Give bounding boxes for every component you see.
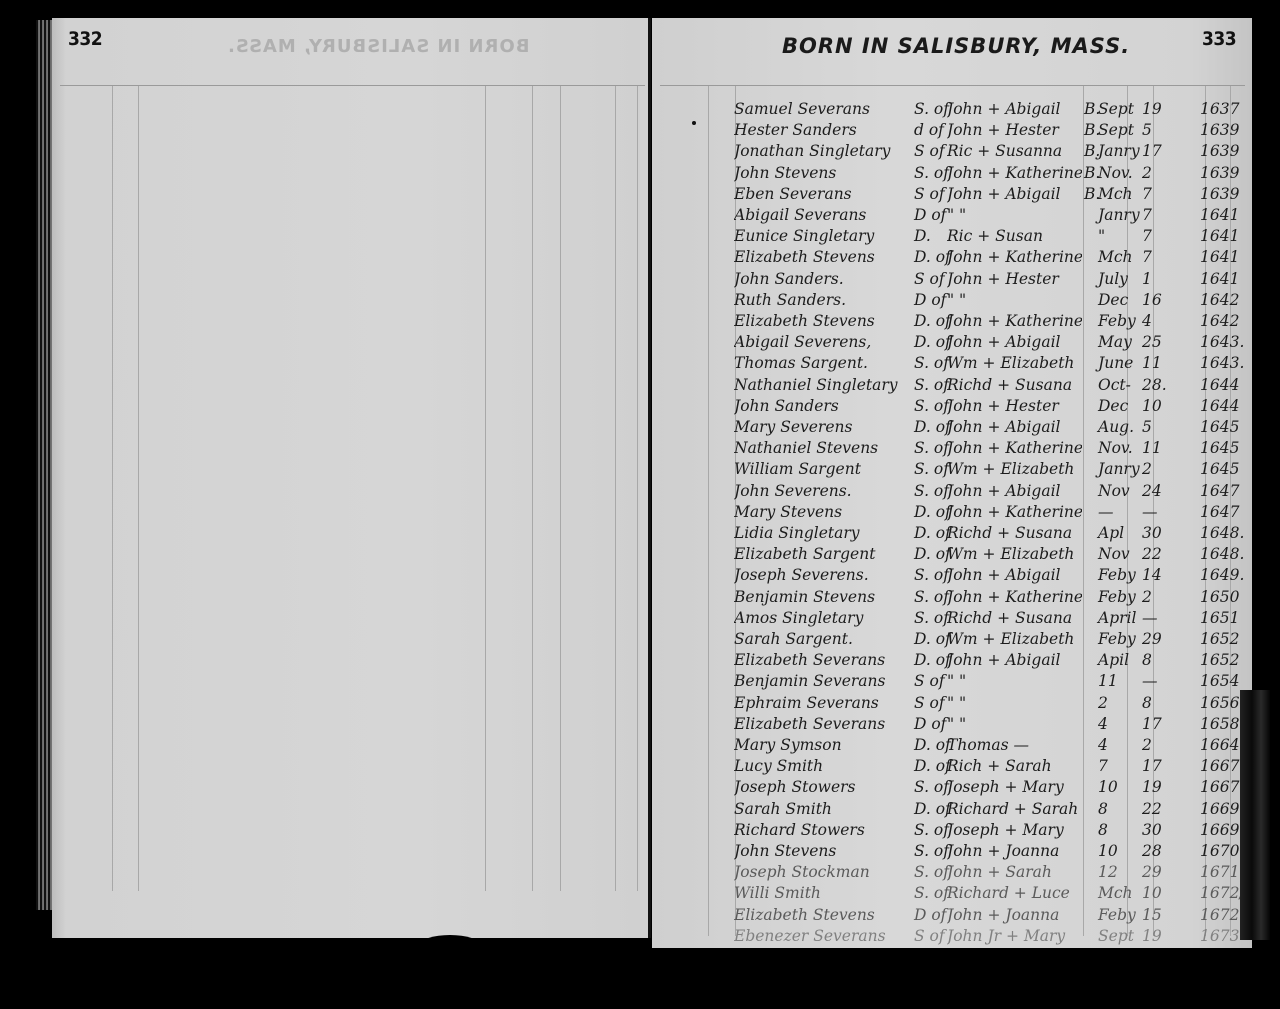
entry-year: 1644 (1200, 397, 1248, 415)
table-row: Lidia SingletaryD. ofRichd + SusanaApl30… (652, 524, 1252, 545)
entry-day: 11 (1142, 354, 1172, 372)
entry-relation: S. of (914, 588, 944, 606)
entry-name: Mary Severens (734, 418, 914, 436)
table-row: John StevensS. ofJohn + KatherineB.Nov.2… (652, 164, 1252, 185)
entry-year: 1637 (1200, 100, 1248, 118)
header-rule (660, 85, 1245, 86)
left-page: 332 BORN IN SALISBURY, MASS. (52, 18, 649, 938)
entry-month: Dec (1098, 397, 1142, 415)
column-rule (485, 86, 486, 891)
entry-name: John Sanders. (734, 270, 914, 288)
table-row: John Sanders.S ofJohn + HesterJuly11641 (652, 270, 1252, 291)
table-row: Sarah Sargent.D. ofWm + ElizabethFeby291… (652, 630, 1252, 651)
entry-day: — (1142, 672, 1172, 690)
entry-name: John Stevens (734, 164, 914, 182)
entry-day: 17 (1142, 715, 1172, 733)
table-row: Ephraim SeveransS of" "281656 (652, 694, 1252, 715)
entry-year: 1645 (1200, 418, 1248, 436)
entry-day: 8 (1142, 694, 1172, 712)
entry-year: 1641 (1200, 206, 1248, 224)
entry-name: Richard Stowers (734, 821, 914, 839)
entry-relation: S of (914, 927, 944, 945)
entry-parents: John + Hester (947, 397, 1082, 415)
entry-relation: S. of (914, 884, 944, 902)
entry-year: 1643. (1200, 354, 1248, 372)
table-row: Amos SingletaryS. ofRichd + SusanaApril—… (652, 609, 1252, 630)
entry-parents: " " (947, 291, 1082, 309)
entry-parents: Ric + Susanna (947, 142, 1082, 160)
entry-relation: S. of (914, 863, 944, 881)
table-row: Ruth Sanders.D of" "Dec161642 (652, 291, 1252, 312)
table-row: John Severens.S. ofJohn + AbigailNov2416… (652, 482, 1252, 503)
entry-year: 1647 (1200, 482, 1248, 500)
entry-parents: Wm + Elizabeth (947, 630, 1082, 648)
table-row: Ebenezer SeveransS ofJohn Jr + MarySept1… (652, 927, 1252, 948)
entry-day: 5 (1142, 418, 1172, 436)
entry-year: 1652 (1200, 651, 1248, 669)
entry-day: 7 (1142, 185, 1172, 203)
entry-relation: S. of (914, 821, 944, 839)
entry-name: Eben Severans (734, 185, 914, 203)
entry-month: Feby (1098, 906, 1142, 924)
entry-relation: S. of (914, 460, 944, 478)
entry-name: Joseph Stockman (734, 863, 914, 881)
entry-born-marker: B. (1084, 185, 1098, 203)
entry-name: Lidia Singletary (734, 524, 914, 542)
entry-relation: S. of (914, 566, 944, 584)
column-rule (532, 86, 533, 891)
entry-year: 1649. (1200, 566, 1248, 584)
entry-name: William Sargent (734, 460, 914, 478)
entry-day: 2 (1142, 736, 1172, 754)
entry-year: 1651 (1200, 609, 1248, 627)
entry-month: Feby (1098, 566, 1142, 584)
table-row: Nathaniel SingletaryS. ofRichd + SusanaO… (652, 376, 1252, 397)
entry-relation: D. of (914, 630, 944, 648)
entry-day: 10 (1142, 884, 1172, 902)
table-row: Joseph StockmanS. ofJohn + Sarah12291671 (652, 863, 1252, 884)
entry-month: Sept (1098, 927, 1142, 945)
entry-day: 22 (1142, 800, 1172, 818)
entry-month: Janry (1098, 142, 1142, 160)
table-row: Samuel SeveransS. ofJohn + AbigailB.Sept… (652, 100, 1252, 121)
entry-month: Nov (1098, 482, 1142, 500)
table-row: Eben SeveransS ofJohn + AbigailB.Mch7163… (652, 185, 1252, 206)
entry-relation: D. of (914, 651, 944, 669)
entry-parents: Rich + Sarah (947, 757, 1082, 775)
entry-parents: John + Katherine (947, 588, 1082, 606)
entry-relation: D. of (914, 736, 944, 754)
entry-month: — (1098, 503, 1142, 521)
entry-parents: John + Katherine (947, 503, 1082, 521)
table-row: Benjamin StevensS. ofJohn + KatherineFeb… (652, 588, 1252, 609)
table-row: Hester Sandersd ofJohn + HesterB.Sept516… (652, 121, 1252, 142)
entry-parents: Richd + Susana (947, 376, 1082, 394)
entry-name: Elizabeth Severans (734, 651, 914, 669)
entry-name: Benjamin Severans (734, 672, 914, 690)
entry-day: 22 (1142, 545, 1172, 563)
column-rule (637, 86, 638, 891)
entry-relation: S of (914, 185, 944, 203)
entry-name: Sarah Sargent. (734, 630, 914, 648)
entry-parents: John + Abigail (947, 333, 1082, 351)
table-row: Eunice SingletaryD.Ric + Susan"71641 (652, 227, 1252, 248)
entry-name: Nathaniel Stevens (734, 439, 914, 457)
table-row: Abigail SeveransD of" "Janry71641 (652, 206, 1252, 227)
table-row: John StevensS. ofJohn + Joanna10281670 (652, 842, 1252, 863)
entry-month: Nov. (1098, 164, 1142, 182)
table-row: Elizabeth SargentD. ofWm + ElizabethNov2… (652, 545, 1252, 566)
entry-relation: S of (914, 142, 944, 160)
entry-relation: D. of (914, 418, 944, 436)
entry-name: Elizabeth Stevens (734, 248, 914, 266)
entry-name: Mary Symson (734, 736, 914, 754)
entry-relation: S. of (914, 164, 944, 182)
entry-year: 1652 (1200, 630, 1248, 648)
entry-year: 1641 (1200, 248, 1248, 266)
entry-relation: S. of (914, 842, 944, 860)
entry-relation: S. of (914, 778, 944, 796)
entry-month: Sept (1098, 121, 1142, 139)
entry-year: 1641 (1200, 227, 1248, 245)
right-page: BORN IN SALISBURY, MASS. 333 Samuel Seve… (652, 18, 1252, 948)
entry-name: Elizabeth Stevens (734, 312, 914, 330)
entry-year: 1642 (1200, 312, 1248, 330)
entry-name: Nathaniel Singletary (734, 376, 914, 394)
entry-parents: John + Abigail (947, 651, 1082, 669)
entry-relation: S. of (914, 354, 944, 372)
entry-month: Oct- (1098, 376, 1142, 394)
entry-day: 28 (1142, 842, 1172, 860)
entry-year: 1642 (1200, 291, 1248, 309)
entry-day: 7 (1142, 227, 1172, 245)
entry-month: 8 (1098, 800, 1142, 818)
entry-name: Samuel Severans (734, 100, 914, 118)
column-rule (112, 86, 113, 891)
table-row: Richard StowersS. ofJoseph + Mary8301669 (652, 821, 1252, 842)
entry-month: 10 (1098, 778, 1142, 796)
entry-year: 1639 (1200, 121, 1248, 139)
entry-parents: Richd + Susana (947, 609, 1082, 627)
table-row: John SandersS. ofJohn + HesterDec101644 (652, 397, 1252, 418)
entry-relation: S. of (914, 482, 944, 500)
entry-name: Jonathan Singletary (734, 142, 914, 160)
entry-relation: S of (914, 694, 944, 712)
entry-year: 1647 (1200, 503, 1248, 521)
entry-day: 16 (1142, 291, 1172, 309)
table-row: Elizabeth SeveransD of" "4171658 (652, 715, 1252, 736)
table-row: Thomas Sargent.S. ofWm + ElizabethJune11… (652, 354, 1252, 375)
entry-parents: John Jr + Mary (947, 927, 1082, 945)
entry-relation: D. of (914, 248, 944, 266)
entry-month: 8 (1098, 821, 1142, 839)
entry-parents: John + Abigail (947, 418, 1082, 436)
entry-relation: D. of (914, 545, 944, 563)
entry-year: 1654 (1200, 672, 1248, 690)
entry-month: 10 (1098, 842, 1142, 860)
entry-day: 2 (1142, 588, 1172, 606)
entry-day: 4 (1142, 312, 1172, 330)
binding-shadow (420, 935, 480, 955)
entry-day: 1 (1142, 270, 1172, 288)
entry-name: Eunice Singletary (734, 227, 914, 245)
entry-month: Nov (1098, 545, 1142, 563)
entry-relation: S. of (914, 100, 944, 118)
entry-relation: D. of (914, 757, 944, 775)
entry-relation: D. of (914, 503, 944, 521)
entry-parents: Richard + Luce (947, 884, 1082, 902)
entry-parents: Ric + Susan (947, 227, 1082, 245)
entry-relation: D. of (914, 312, 944, 330)
entry-name: John Stevens (734, 842, 914, 860)
entry-parents: John + Abigail (947, 482, 1082, 500)
entry-day: 7 (1142, 248, 1172, 266)
entry-month: Mch (1098, 884, 1142, 902)
entry-name: Benjamin Stevens (734, 588, 914, 606)
entry-month: " (1098, 227, 1142, 245)
entry-month: 4 (1098, 736, 1142, 754)
entry-month: June (1098, 354, 1142, 372)
entry-day: 19 (1142, 100, 1172, 118)
entry-month: July (1098, 270, 1142, 288)
entry-year: 1645 (1200, 460, 1248, 478)
entry-name: Lucy Smith (734, 757, 914, 775)
entry-name: Elizabeth Severans (734, 715, 914, 733)
entry-month: Apil (1098, 651, 1142, 669)
entry-parents: John + Joanna (947, 906, 1082, 924)
page-title: BORN IN SALISBURY, MASS. (782, 34, 1130, 58)
entry-month: Janry (1098, 206, 1142, 224)
entry-relation: D of (914, 206, 944, 224)
entry-name: Willi Smith (734, 884, 914, 902)
entry-parents: John + Abigail (947, 185, 1082, 203)
entry-day: 24 (1142, 482, 1172, 500)
entry-relation: S of (914, 672, 944, 690)
entry-name: John Sanders (734, 397, 914, 415)
table-row: Nathaniel StevensS. ofJohn + KatherineNo… (652, 439, 1252, 460)
entry-year: 1648. (1200, 524, 1248, 542)
entry-day: 5 (1142, 121, 1172, 139)
entry-parents: Joseph + Mary (947, 778, 1082, 796)
column-rule (138, 86, 139, 891)
table-row: Elizabeth StevensD ofJohn + JoannaFeby15… (652, 906, 1252, 927)
entry-relation: D of (914, 906, 944, 924)
entry-parents: John + Katherine (947, 439, 1082, 457)
entry-name: Joseph Stowers (734, 778, 914, 796)
book-edge-right (1240, 690, 1270, 940)
entry-day: 2 (1142, 164, 1172, 182)
entry-year: 1643. (1200, 333, 1248, 351)
book-spine (648, 18, 651, 938)
bleed-through-title: BORN IN SALISBURY, MASS. (227, 36, 529, 57)
entry-day: 10 (1142, 397, 1172, 415)
entry-parents: John + Hester (947, 121, 1082, 139)
entry-born-marker: B. (1084, 164, 1098, 182)
entry-name: Abigail Severans (734, 206, 914, 224)
entry-month: Janry (1098, 460, 1142, 478)
entry-parents: Wm + Elizabeth (947, 545, 1082, 563)
entry-relation: S. of (914, 609, 944, 627)
entry-parents: John + Abigail (947, 100, 1082, 118)
entry-relation: S. of (914, 439, 944, 457)
page-number-right: 333 (1202, 28, 1236, 50)
table-row: Jonathan SingletaryS ofRic + SusannaB.Ja… (652, 142, 1252, 163)
entry-day: 30 (1142, 524, 1172, 542)
entry-born-marker: B. (1084, 142, 1098, 160)
entry-parents: John + Joanna (947, 842, 1082, 860)
entry-day: 29 (1142, 630, 1172, 648)
entry-day: — (1142, 503, 1172, 521)
table-row: Joseph StowersS. ofJoseph + Mary10191667 (652, 778, 1252, 799)
entry-name: Ruth Sanders. (734, 291, 914, 309)
page-number-left: 332 (68, 28, 102, 50)
entry-name: Elizabeth Sargent (734, 545, 914, 563)
table-row: Joseph Severens.S. ofJohn + AbigailFeby1… (652, 566, 1252, 587)
table-row: Elizabeth StevensD. ofJohn + KatherineMc… (652, 248, 1252, 269)
entry-name: Amos Singletary (734, 609, 914, 627)
entry-relation: D of (914, 715, 944, 733)
entry-year: 1645 (1200, 439, 1248, 457)
entry-relation: S. of (914, 397, 944, 415)
entry-name: Hester Sanders (734, 121, 914, 139)
entry-day: 25 (1142, 333, 1172, 351)
entry-name: John Severens. (734, 482, 914, 500)
entry-month: Aug. (1098, 418, 1142, 436)
entry-day: 11 (1142, 439, 1172, 457)
entry-parents: Thomas — (947, 736, 1082, 754)
entry-day: 17 (1142, 142, 1172, 160)
entry-day: 8 (1142, 651, 1172, 669)
entry-month: Apl (1098, 524, 1142, 542)
entry-parents: John + Katherine (947, 312, 1082, 330)
entry-month: 7 (1098, 757, 1142, 775)
entry-name: Sarah Smith (734, 800, 914, 818)
entry-month: Sept (1098, 100, 1142, 118)
entry-month: 12 (1098, 863, 1142, 881)
entry-relation: S. of (914, 376, 944, 394)
entry-parents: Wm + Elizabeth (947, 354, 1082, 372)
entry-parents: Richard + Sarah (947, 800, 1082, 818)
table-row: Mary StevensD. ofJohn + Katherine——1647 (652, 503, 1252, 524)
entry-parents: John + Katherine (947, 164, 1082, 182)
entry-month: 4 (1098, 715, 1142, 733)
entry-name: Joseph Severens. (734, 566, 914, 584)
column-rule (615, 86, 616, 891)
table-row: Abigail Severens,D. ofJohn + AbigailMay2… (652, 333, 1252, 354)
entry-day: 2 (1142, 460, 1172, 478)
entry-month: Nov. (1098, 439, 1142, 457)
entry-name: Thomas Sargent. (734, 354, 914, 372)
entry-parents: Joseph + Mary (947, 821, 1082, 839)
entry-parents: " " (947, 694, 1082, 712)
entry-day: 19 (1142, 778, 1172, 796)
entry-relation: D. (914, 227, 944, 245)
entry-parents: John + Sarah (947, 863, 1082, 881)
table-row: Sarah SmithD. ofRichard + Sarah8221669 (652, 800, 1252, 821)
entry-month: April (1098, 609, 1142, 627)
entry-parents: " " (947, 715, 1082, 733)
entry-month: Feby (1098, 630, 1142, 648)
entry-day: 29 (1142, 863, 1172, 881)
entry-relation: D of (914, 291, 944, 309)
entry-parents: " " (947, 206, 1082, 224)
table-row: Elizabeth SeveransD. ofJohn + AbigailApi… (652, 651, 1252, 672)
table-row: Mary SymsonD. ofThomas —421664 (652, 736, 1252, 757)
entry-parents: John + Hester (947, 270, 1082, 288)
entry-relation: d of (914, 121, 944, 139)
entry-month: Mch (1098, 248, 1142, 266)
entry-relation: D. of (914, 524, 944, 542)
entry-day: 17 (1142, 757, 1172, 775)
table-row: Elizabeth StevensD. ofJohn + KatherineFe… (652, 312, 1252, 333)
entry-name: Abigail Severens, (734, 333, 914, 351)
entry-year: 1639 (1200, 142, 1248, 160)
entry-month: 11 (1098, 672, 1142, 690)
entry-year: 1639 (1200, 185, 1248, 203)
entry-day: 7 (1142, 206, 1172, 224)
entry-month: Feby (1098, 588, 1142, 606)
entry-relation: D. of (914, 333, 944, 351)
entry-month: Mch (1098, 185, 1142, 203)
entry-born-marker: B. (1084, 121, 1098, 139)
entry-month: Feby (1098, 312, 1142, 330)
entry-relation: S of (914, 270, 944, 288)
entry-year: 1650 (1200, 588, 1248, 606)
entry-parents: " " (947, 672, 1082, 690)
entry-parents: John + Abigail (947, 566, 1082, 584)
entry-parents: Wm + Elizabeth (947, 460, 1082, 478)
entry-parents: John + Katherine (947, 248, 1082, 266)
table-row: Willi SmithS. ofRichard + LuceMch101672/… (652, 884, 1252, 905)
entry-parents: Richd + Susana (947, 524, 1082, 542)
entry-day: 30 (1142, 821, 1172, 839)
entry-name: Mary Stevens (734, 503, 914, 521)
header-rule (60, 85, 645, 86)
entry-year: 1641 (1200, 270, 1248, 288)
table-row: Benjamin SeveransS of" "11—1654 (652, 672, 1252, 693)
entry-name: Ebenezer Severans (734, 927, 914, 945)
entry-year: 1639 (1200, 164, 1248, 182)
entry-day: 14 (1142, 566, 1172, 584)
table-row: William SargentS. ofWm + ElizabethJanry2… (652, 460, 1252, 481)
column-rule (560, 86, 561, 891)
entry-month: 2 (1098, 694, 1142, 712)
entry-month: Dec (1098, 291, 1142, 309)
entry-year: 1644 (1200, 376, 1248, 394)
entry-name: Elizabeth Stevens (734, 906, 914, 924)
entry-month: May (1098, 333, 1142, 351)
entry-year: 1648. (1200, 545, 1248, 563)
table-row: Mary SeverensD. ofJohn + AbigailAug.5164… (652, 418, 1252, 439)
entry-day: 19 (1142, 927, 1172, 945)
entry-day: 15 (1142, 906, 1172, 924)
entry-name: Ephraim Severans (734, 694, 914, 712)
entry-day: 28. (1142, 376, 1172, 394)
entry-born-marker: B. (1084, 100, 1098, 118)
entry-day: — (1142, 609, 1172, 627)
entry-relation: D. of (914, 800, 944, 818)
table-row: Lucy SmithD. ofRich + Sarah7171667 (652, 757, 1252, 778)
